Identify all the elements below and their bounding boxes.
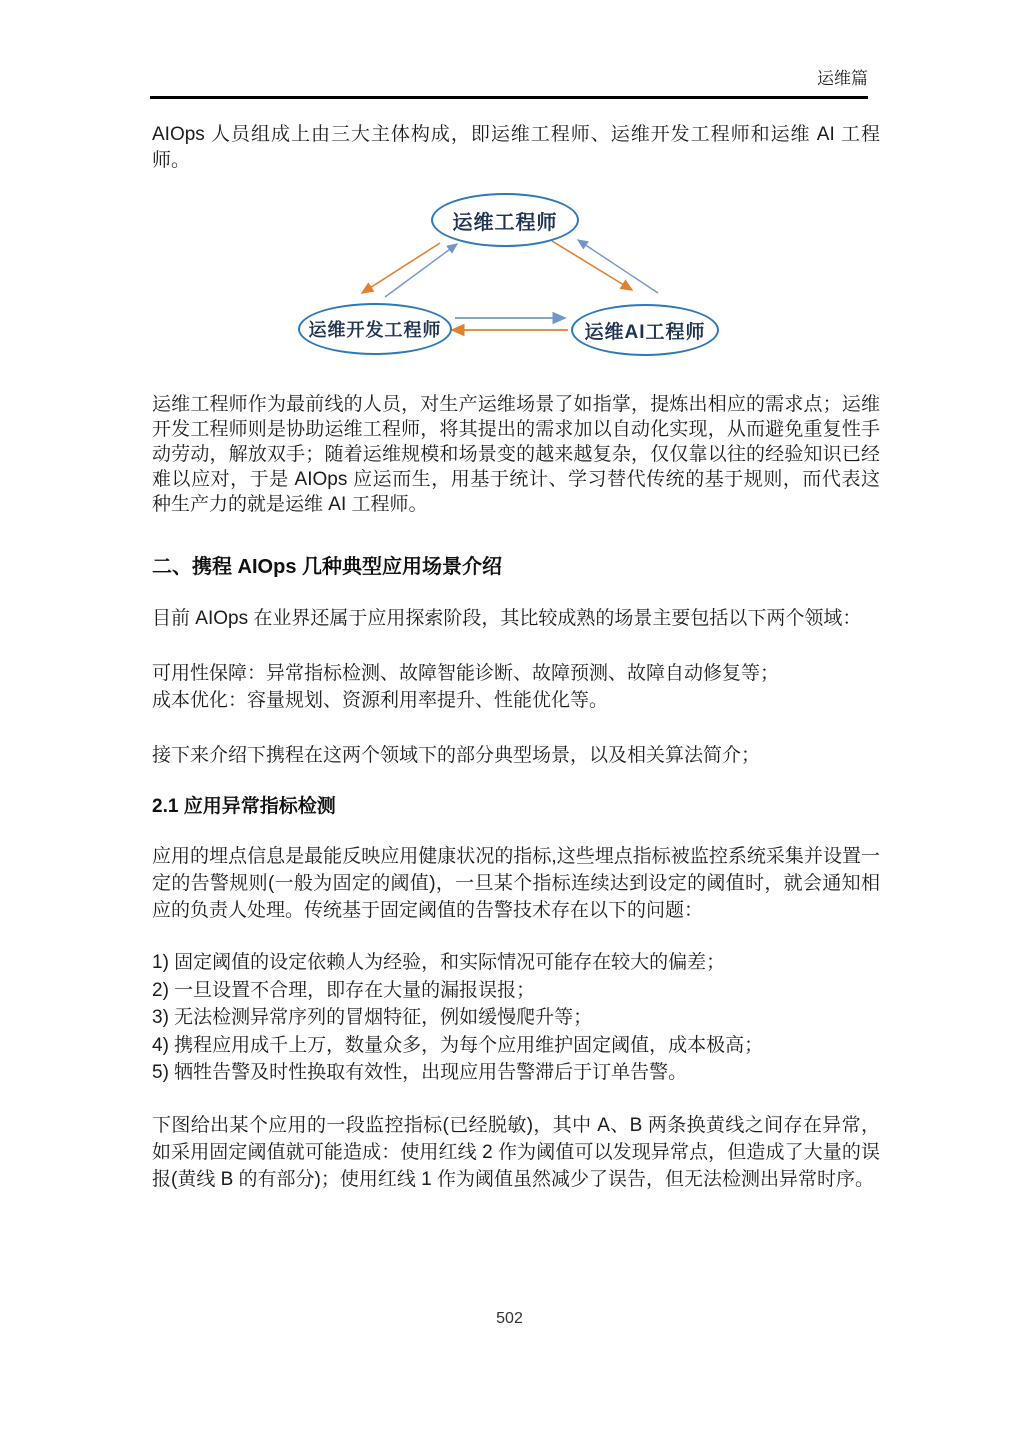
problem-item-2: 2) 一旦设置不合理，即存在大量的漏报误报； xyxy=(152,977,880,1005)
arrow-top-to-ai xyxy=(552,241,632,290)
domain-item-availability: 可用性保障：异常指标检测、故障智能诊断、故障预测、故障自动修复等； xyxy=(152,660,880,687)
paragraph-chart-note: 下图给出某个应用的一段监控指标(已经脱敏)，其中 A、B 两条换黄线之间存在异常… xyxy=(152,1112,880,1193)
arrow-ai-to-top xyxy=(578,240,658,293)
problem-item-1: 1) 固定阈值的设定依赖人为经验，和实际情况可能存在较大的偏差； xyxy=(152,949,880,977)
diagram-node-ops-dev-engineer: 运维开发工程师 xyxy=(298,303,452,355)
problem-item-5: 5) 牺牲告警及时性换取有效性，出现应用告警滞后于订单告警。 xyxy=(152,1059,880,1087)
domain-item-cost: 成本优化：容量规划、资源利用率提升、性能优化等。 xyxy=(152,687,880,714)
document-page: 运维篇 AIOps 人员组成上由三大主体构成，即运维工程师、运维开发工程师和运维… xyxy=(0,0,1019,1440)
paragraph-roles: 运维工程师作为最前线的人员，对生产运维场景了如指掌，提炼出相应的需求点；运维开发… xyxy=(152,392,880,517)
paragraph-intro: AIOps 人员组成上由三大主体构成，即运维工程师、运维开发工程师和运维 AI … xyxy=(152,122,880,174)
org-diagram: 运维工程师 运维开发工程师 运维AI工程师 xyxy=(152,180,878,385)
diagram-node-ops-engineer: 运维工程师 xyxy=(431,193,579,247)
domain-list: 可用性保障：异常指标检测、故障智能诊断、故障预测、故障自动修复等； 成本优化：容… xyxy=(152,660,880,714)
section-2-heading: 二、携程 AIOps 几种典型应用场景介绍 xyxy=(152,550,880,579)
problem-item-4: 4) 携程应用成千上万，数量众多，为每个应用维护固定阈值，成本极高； xyxy=(152,1032,880,1060)
paragraph-transition: 接下来介绍下携程在这两个领域下的部分典型场景，以及相关算法简介； xyxy=(152,743,880,769)
problem-list: 1) 固定阈值的设定依赖人为经验，和实际情况可能存在较大的偏差； 2) 一旦设置… xyxy=(152,949,880,1087)
section-2-1-heading: 2.1 应用异常指标检测 xyxy=(152,791,880,818)
paragraph-section2-intro: 目前 AIOps 在业界还属于应用探索阶段，其比较成熟的场景主要包括以下两个领域… xyxy=(152,606,880,632)
diagram-node-label: 运维工程师 xyxy=(453,206,558,235)
diagram-node-ops-ai-engineer: 运维AI工程师 xyxy=(571,304,719,356)
page-header-label: 运维篇 xyxy=(152,64,868,89)
diagram-node-label: 运维开发工程师 xyxy=(309,316,442,342)
paragraph-section2-1-intro: 应用的埋点信息是最能反映应用健康状况的指标,这些埋点指标被监控系统采集并设置一定… xyxy=(152,843,880,924)
problem-item-3: 3) 无法检测异常序列的冒烟特征，例如缓慢爬升等； xyxy=(152,1004,880,1032)
page-number: 502 xyxy=(0,1310,1019,1328)
diagram-node-label: 运维AI工程师 xyxy=(584,317,705,344)
header-rule xyxy=(150,96,868,99)
